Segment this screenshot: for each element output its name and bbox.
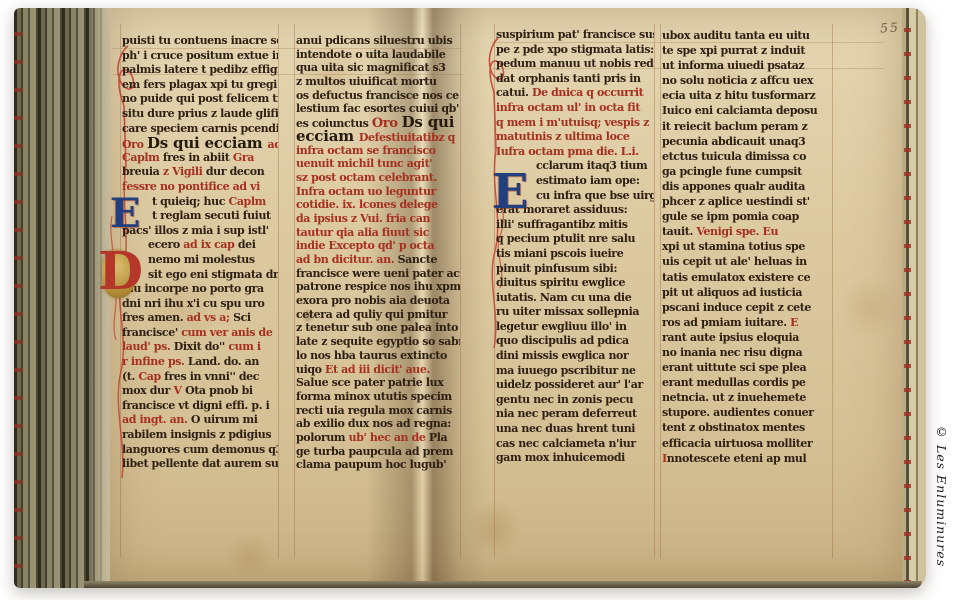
manuscript-text-line: lestium fac esortes cuiui qb': [296, 102, 460, 116]
manuscript-text-line: fessre no pontifice ad vi: [122, 180, 278, 195]
bottom-page-edges: [84, 581, 922, 588]
manuscript-text-line: no puide qui post felicem tra: [122, 92, 278, 107]
manuscript-text-line: tis miani pscois iueire: [496, 247, 654, 262]
manuscript-text-line: catui. De dnica q occurrit: [496, 86, 654, 101]
manuscript-text-line: Iuico eni calciamta deposu: [662, 103, 832, 118]
manuscript-text-line: mox dur V Ota pnob bi: [122, 384, 278, 399]
manuscript-text-line: gam mox inhuicemodi: [496, 451, 654, 466]
illuminated-initial-E-left: E: [110, 194, 141, 234]
manuscript-text-line: ge turba paupcula ad prem: [296, 445, 460, 459]
manuscript-text-line: qua uita sic magnificat s3: [296, 61, 460, 75]
photograph-of-manuscript: puisti tu contuens inacre seraph' i cruc…: [0, 0, 970, 600]
folio-number: 55: [880, 19, 901, 35]
manuscript-text-line: cotidie. ix. lcones delege: [296, 198, 460, 212]
manuscript-text-line: recti uia regula mox carnis: [296, 404, 460, 418]
manuscript-text-line: z tenetur sub one palea into: [296, 321, 460, 335]
manuscript-text-line: ecciam Defestiuitatibz q: [296, 130, 460, 144]
ruling-line: [278, 24, 279, 558]
manuscript-text-line: dini missis ewglica nor: [496, 349, 654, 364]
manuscript-text-line: laud' ps. Dixit do'' cum i: [122, 340, 278, 355]
manuscript-text-line: Infra octam uo leguntur: [296, 185, 460, 199]
manuscript-text-line: lo nos hba taurus extincto: [296, 349, 460, 363]
manuscript-text-line: pscani induce cepit z cete: [662, 300, 832, 315]
manuscript-text-line: diuitus spiritu ewglice: [496, 276, 654, 291]
manuscript-text-line: dat orphanis tanti pris in: [496, 72, 654, 87]
manuscript-text-line: dis appones qualr audita: [662, 179, 832, 194]
manuscript-text-line: polorum ub' hec an de Pla: [296, 431, 460, 445]
manuscript-text-line: no solu noticia z affcu uex: [662, 73, 832, 88]
manuscript-text-line: anui pdicans siluestru ubis: [296, 34, 460, 48]
manuscript-text-line: tent z obstinatox mentes: [662, 420, 832, 435]
manuscript-text-line: erant medullas cordis pe: [662, 375, 832, 390]
manuscript-text-line: Innotescete eteni ap mul: [662, 451, 832, 466]
manuscript-text-line: efficacia uirtuosa molliter: [662, 436, 832, 451]
manuscript-text-line: uis cepit ut ale' heluas in: [662, 254, 832, 269]
manuscript-text-line: ma iuuego pscribitur ne: [496, 364, 654, 379]
manuscript-text-line: puisti tu contuens inacre sera: [122, 34, 278, 49]
manuscript-text-line: ut informa uiuedi psataz: [662, 58, 832, 73]
manuscript-text-line: q pecium ptulit nre salu: [496, 232, 654, 247]
manuscript-text-line: t reglam secuti fuiut: [122, 209, 278, 224]
ruling-line: [460, 24, 461, 558]
manuscript-text-line: infra octam se francisco: [296, 144, 460, 158]
manuscript-text-line: pe z pde xpo stigmata latis:: [496, 43, 654, 58]
manuscript-text-line: q mem i m'utuisq; vespis z: [496, 116, 654, 131]
manuscript-text-line: ga pcingle fune cumpsit: [662, 164, 832, 179]
right-page-column-1: suspirium pat' francisce suscipe z pde x…: [496, 28, 654, 466]
manuscript-text-line: pecunia abdicauit unaq3: [662, 134, 832, 149]
manuscript-text-line: uenuit michil tunc agit': [296, 157, 460, 171]
manuscript-text-line: situ dure prius z laude glifi: [122, 107, 278, 122]
manuscript-text-line: francisce' cum ver anis de: [122, 326, 278, 341]
manuscript-text-line: tautur qia alia fiuut sic: [296, 226, 460, 240]
right-edge-red-ties: [904, 8, 911, 588]
manuscript-text-line: francisce were ueni pater ac: [296, 267, 460, 281]
manuscript-text-line: libet pellente dat aurem suu: [122, 457, 278, 472]
manuscript-text-line: rant aute ipsius eloquia: [662, 330, 832, 345]
manuscript-text-line: erant uittute sci spe plea: [662, 360, 832, 375]
manuscript-text-line: no inania nec risu digna: [662, 345, 832, 360]
manuscript-text-line: cetera ad quliy qui pmitur: [296, 308, 460, 322]
manuscript-text-line: iutatis. Nam cu una die: [496, 291, 654, 306]
manuscript-text-line: Salue sce pater patrie lux: [296, 376, 460, 390]
manuscript-text-line: xpi ut stamina totius spe: [662, 239, 832, 254]
manuscript-text-line: pacs' illos z mia i sup istl': [122, 224, 278, 239]
manuscript-text-line: ihu incorpe no porto gra: [122, 282, 278, 297]
manuscript-text-line: ad bn dicitur. an. Sancte: [296, 253, 460, 267]
manuscript-text-line: quo discipulis ad pdica: [496, 334, 654, 349]
ruling-line: [654, 24, 655, 558]
open-manuscript-book: puisti tu contuens inacre seraph' i cruc…: [14, 8, 926, 588]
manuscript-text-line: ecia uita z hitu tusformarz: [662, 88, 832, 103]
manuscript-text-line: Caplm fres in abiit Gra: [122, 151, 278, 166]
manuscript-text-line: r infine ps. Land. do. an: [122, 355, 278, 370]
left-edge-red-ties: [14, 8, 23, 588]
manuscript-text-line: pedum manuu ut nobis red: [496, 57, 654, 72]
left-page-column-2: anui pdicans siluestru ubisintendote o u…: [296, 34, 460, 472]
manuscript-text-line: te spe xpi purrat z induit: [662, 43, 832, 58]
manuscript-text-line: breuia z Vigili dur decon: [122, 165, 278, 180]
right-page-column-2: ubox auditu tanta eu uitute spe xpi purr…: [662, 28, 832, 466]
manuscript-text-line: os defuctus francisce nos ce: [296, 89, 460, 103]
manuscript-text-line: francisce vt digni effi. p. i: [122, 399, 278, 414]
manuscript-text-line: ros ad pmiam iuitare. E: [662, 315, 832, 330]
manuscript-text-line: it reiecit baclum peram z: [662, 119, 832, 134]
manuscript-text-line: da ipsius z Vui. fria can: [296, 212, 460, 226]
manuscript-text-line: matutinis z ultima loce: [496, 130, 654, 145]
manuscript-text-line: rabilem insignis z pdigius: [122, 428, 278, 443]
manuscript-text-line: ubox auditu tanta eu uitu: [662, 28, 832, 43]
manuscript-text-line: phcer z aplice uestindi st': [662, 194, 832, 209]
manuscript-text-line: sit ego eni stigmata dni: [122, 268, 278, 283]
manuscript-text-line: t quieiq; huc Caplm: [122, 195, 278, 210]
manuscript-text-line: ph' i cruce positum extue in: [122, 49, 278, 64]
manuscript-text-line: gentu nec in zonis pecu: [496, 393, 654, 408]
manuscript-text-line: etctus tuicula dimissa co: [662, 149, 832, 164]
manuscript-text-line: ecero ad ix cap dei: [122, 238, 278, 253]
credit-line: © Les Enluminures: [934, 424, 949, 594]
manuscript-text-line: tatis emulatox existere ce: [662, 270, 832, 285]
manuscript-text-line: es coiunctus Oro Ds qui: [296, 116, 460, 130]
manuscript-text-line: Oro Ds qui ecciam ad n: [122, 136, 278, 151]
manuscript-text-line: suspirium pat' francisce susci: [496, 28, 654, 43]
manuscript-text-line: care speciem carnis pcendisti: [122, 122, 278, 137]
ruling-line: [660, 24, 661, 558]
manuscript-text-line: netncia. ut z inuehemete: [662, 390, 832, 405]
manuscript-text-line: tauit. Venigi spe. Eu: [662, 224, 832, 239]
manuscript-text-line: patrone respice nos ihu xpm: [296, 280, 460, 294]
manuscript-text-line: stupore. audientes conuer: [662, 405, 832, 420]
manuscript-text-line: legetur ewgliuu illo' in: [496, 320, 654, 335]
illuminated-initial-E-right: E: [492, 168, 529, 216]
manuscript-text-line: em fers plagax xpi tu gregi: [122, 78, 278, 93]
manuscript-text-line: languores cum demonus q3: [122, 443, 278, 458]
manuscript-text-line: pit ut aliquos ad iusticia: [662, 285, 832, 300]
manuscript-text-line: exora pro nobis aia deuota: [296, 294, 460, 308]
manuscript-text-line: fres amen. ad vs a; Sci: [122, 311, 278, 326]
manuscript-text-line: uidelz possideret aur' l'ar: [496, 378, 654, 393]
manuscript-text-line: z multos uiuificat mortu: [296, 75, 460, 89]
ruling-line: [832, 24, 833, 558]
manuscript-text-line: clama paupum hoc lugub': [296, 458, 460, 472]
ruling-line: [494, 24, 495, 558]
left-page-column-1: puisti tu contuens inacre seraph' i cruc…: [122, 34, 278, 472]
manuscript-text-line: pinuit pinfusum sibi:: [496, 262, 654, 277]
manuscript-text-line: (t. Cap fres in vnni'' dec: [122, 370, 278, 385]
manuscript-text-line: sz post octam celebrant.: [296, 171, 460, 185]
manuscript-text-line: ab exilio dux nos ad regna:: [296, 417, 460, 431]
manuscript-text-line: cas nec calciameta n'iur: [496, 437, 654, 452]
manuscript-text-line: nemo mi molestus: [122, 253, 278, 268]
manuscript-text-line: ad ingt. an. O uirum mi: [122, 413, 278, 428]
manuscript-text-line: intendote o uita laudabile: [296, 48, 460, 62]
manuscript-text-line: uiqo Et ad iii dicit' aue.: [296, 363, 460, 377]
manuscript-text-line: late z sequite egyptio so sabr: [296, 335, 460, 349]
manuscript-text-line: gule se ipm pomia coap: [662, 209, 832, 224]
manuscript-text-line: palmis latere t pedibz effigi: [122, 63, 278, 78]
manuscript-text-line: indie Excepto qd' p octa: [296, 239, 460, 253]
manuscript-text-line: una nec duas hrent tuni: [496, 422, 654, 437]
manuscript-text-line: ru uiter missax sollepnia: [496, 305, 654, 320]
manuscript-text-line: forma minox ututis specim: [296, 390, 460, 404]
manuscript-text-line: infra octam ul' in octa fit: [496, 101, 654, 116]
manuscript-text-line: dni nri ihu x'i cu spu uro: [122, 297, 278, 312]
manuscript-text-line: Iufra octam pma die. L.i.: [496, 145, 654, 160]
manuscript-text-line: nia nec peram deferreut: [496, 407, 654, 422]
ruling-line: [294, 24, 295, 558]
illuminated-initial-D-left: D: [98, 246, 143, 298]
